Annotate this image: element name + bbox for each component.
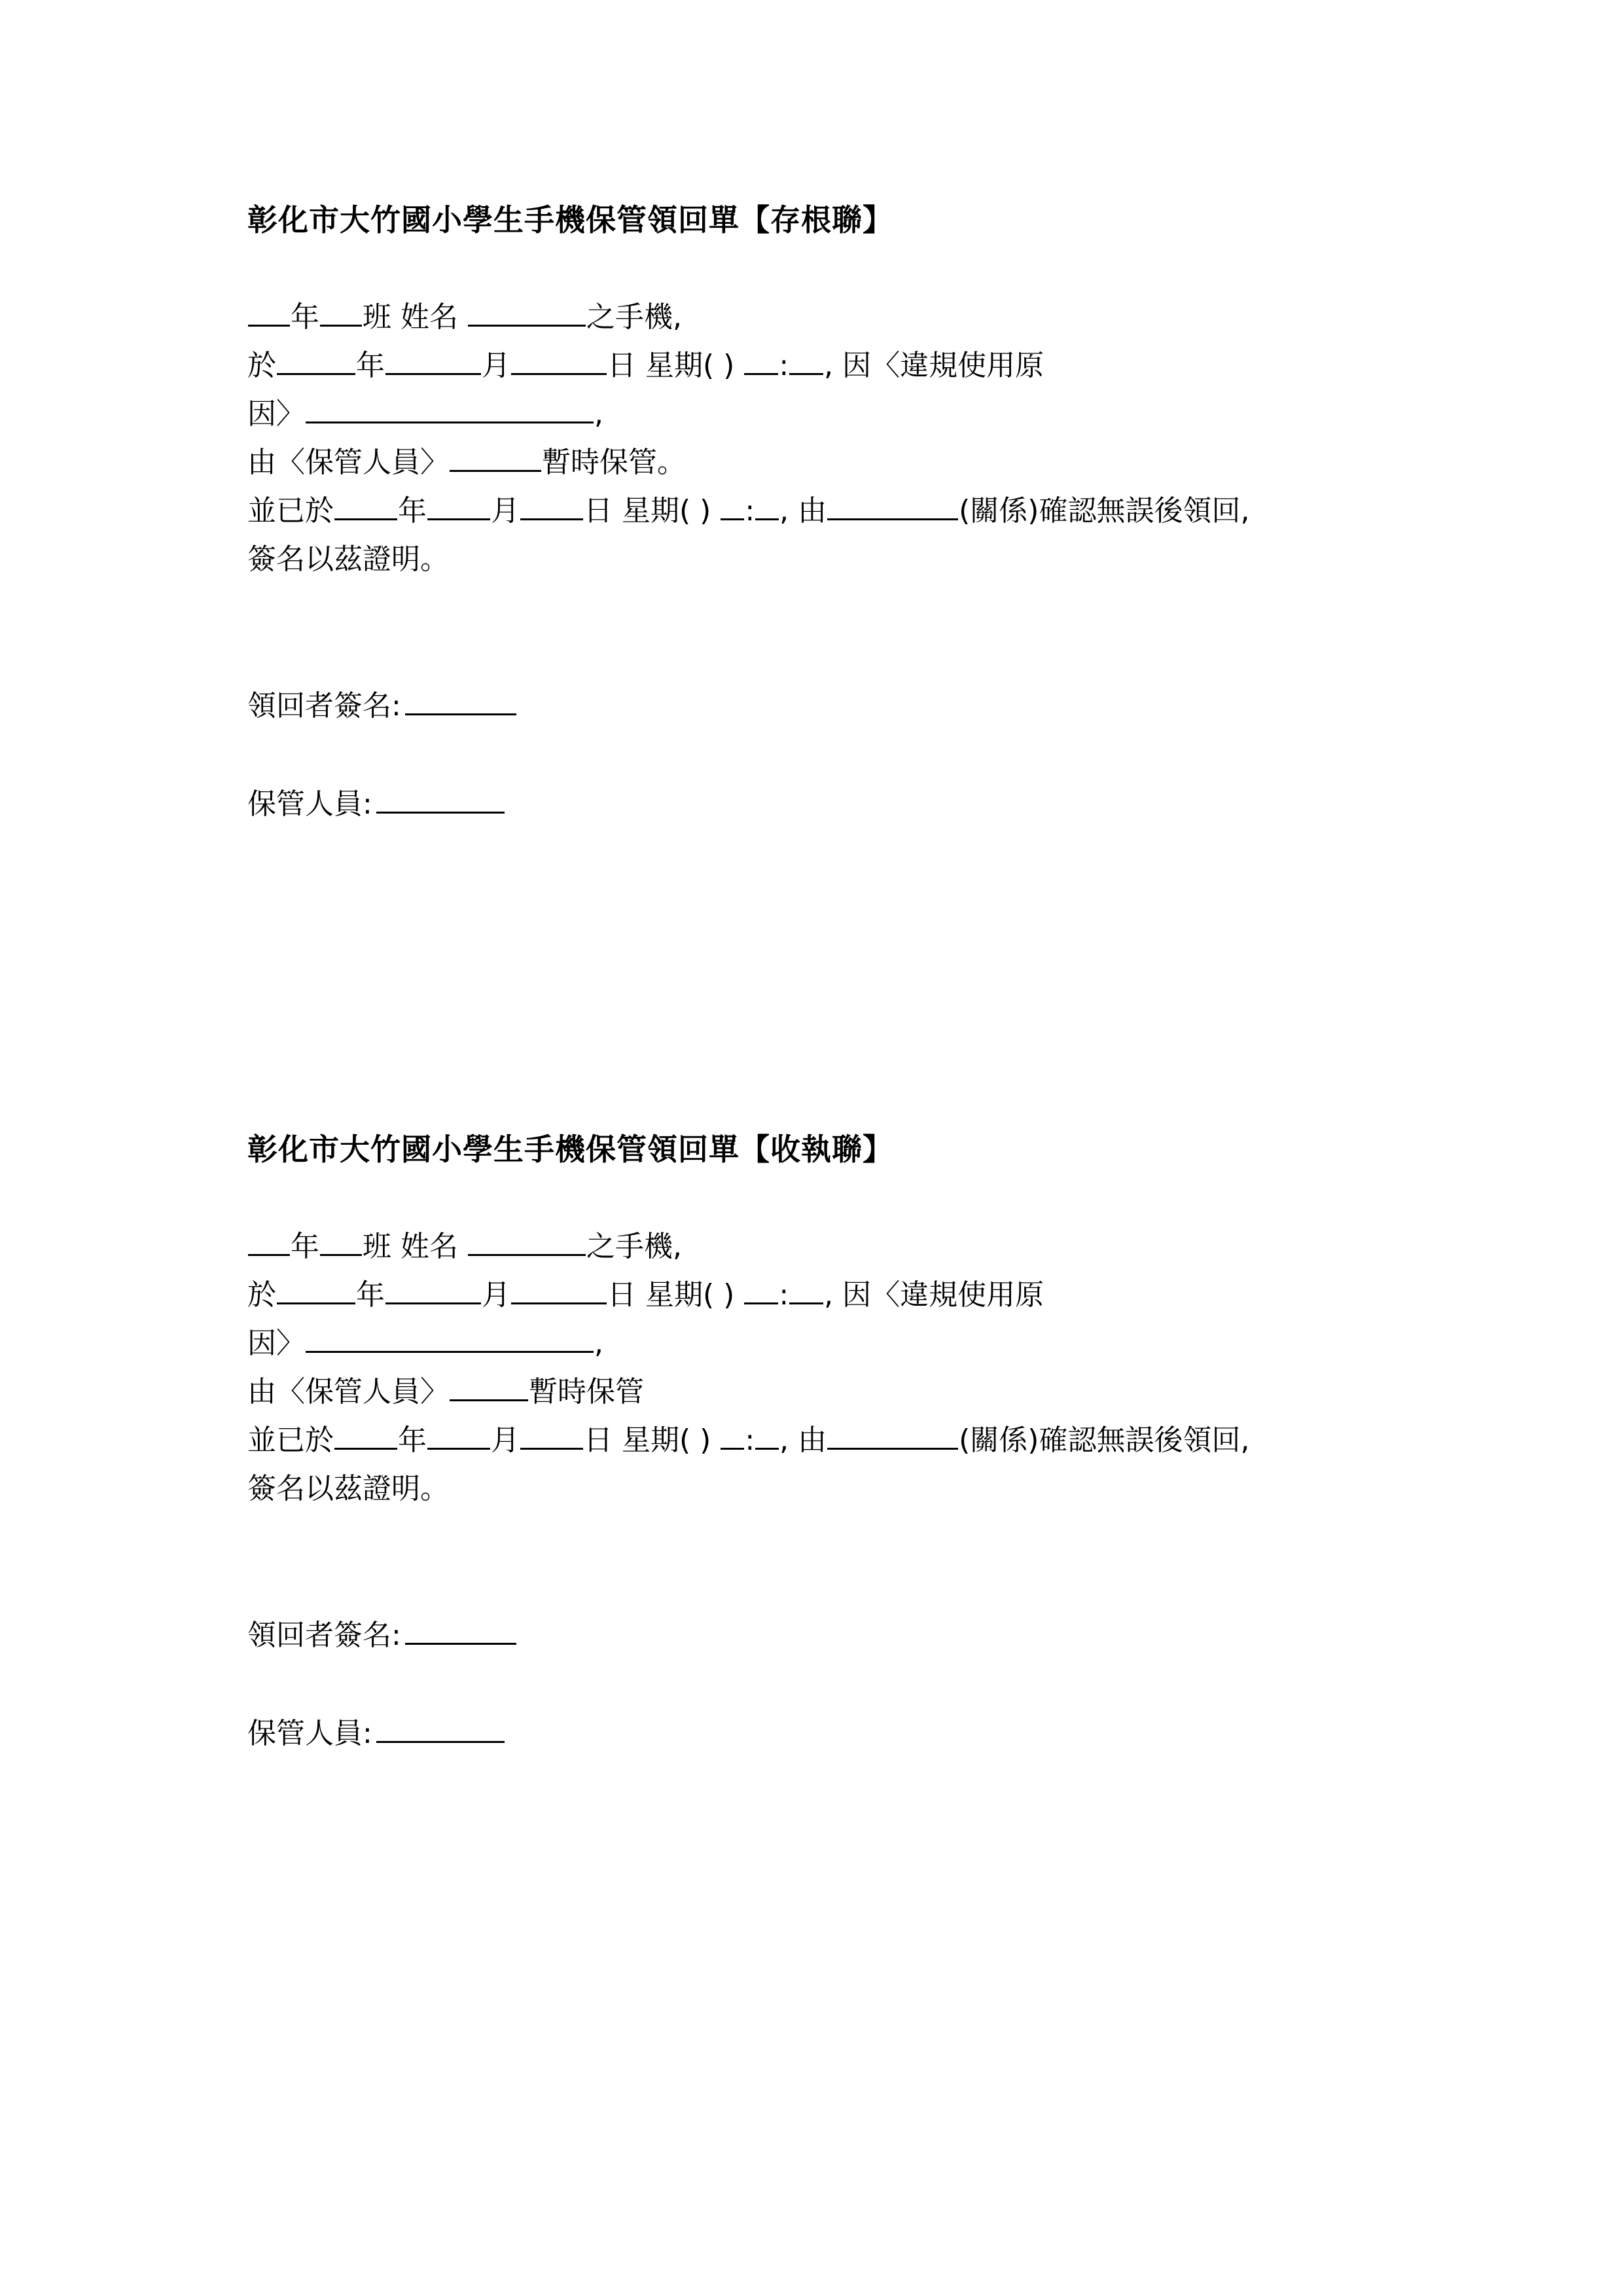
receiver-signature-field[interactable] <box>405 687 516 715</box>
year-label: 年 <box>356 349 385 382</box>
relation-confirm-label: (關係)確認無誤後領回, <box>959 1424 1249 1457</box>
return-day-field[interactable] <box>520 1422 583 1450</box>
signature-block: 領回者簽名: 保管人員: <box>247 1611 1491 1758</box>
receiver-signature-row: 領回者簽名: <box>247 1611 1491 1660</box>
sign-proof-line: 簽名以茲證明。 <box>247 1465 1491 1513</box>
relation-field[interactable] <box>827 492 958 520</box>
on-label: 於 <box>247 349 276 382</box>
reason-label-end: 因〉 <box>247 1327 305 1360</box>
keeper-signature-field[interactable] <box>376 1715 505 1743</box>
grade-label: 年 <box>291 300 319 334</box>
receiver-signature-field[interactable] <box>405 1617 516 1645</box>
confiscation-date-line: 於年月日 星期( ) :, 因〈違規使用原 <box>247 342 1491 390</box>
phone-label: 之手機, <box>586 1230 682 1263</box>
class-name-label: 班 姓名 <box>363 300 467 334</box>
receiver-signature-label: 領回者簽名: <box>247 1619 401 1652</box>
receiver-signature-row: 領回者簽名: <box>247 682 1491 730</box>
return-date-line: 並已於年月日 星期( ) :, 由(關係)確認無誤後領回, <box>247 1416 1491 1465</box>
comma: , <box>594 1327 603 1360</box>
return-minute-field[interactable] <box>755 492 779 520</box>
month-label: 月 <box>491 494 520 528</box>
weekday-label: 日 星期( ) <box>584 494 711 528</box>
by-label: , 由 <box>779 1424 827 1457</box>
year-label: 年 <box>398 1424 427 1457</box>
form-body: 年班 姓名 之手機, 於年月日 星期( ) :, 因〈違規使用原 因〉, 由〈保… <box>247 293 1491 584</box>
keeper-signature-label: 保管人員: <box>247 1717 372 1750</box>
colon: : <box>745 494 755 528</box>
colon: : <box>779 1278 789 1312</box>
reason-line: 因〉, <box>247 390 1491 439</box>
student-line: 年班 姓名 之手機, <box>247 1223 1491 1271</box>
return-day-field[interactable] <box>520 492 583 520</box>
confiscation-month-field[interactable] <box>385 347 481 375</box>
form-title: 彰化市大竹國小學生手機保管領回單【存根聯】 <box>247 200 1491 240</box>
grade-label: 年 <box>291 1230 319 1263</box>
weekday-label: 日 星期( ) <box>607 349 734 382</box>
month-label: 月 <box>482 349 510 382</box>
form-receipt: 彰化市大竹國小學生手機保管領回單【收執聯】 年班 姓名 之手機, 於年月日 星期… <box>247 1130 1491 1808</box>
name-field[interactable] <box>468 1228 586 1256</box>
reason-field[interactable] <box>306 1325 594 1353</box>
confiscation-month-field[interactable] <box>385 1276 481 1304</box>
return-hour-field[interactable] <box>721 492 744 520</box>
temporary-keep-label: 暫時保管。 <box>542 446 686 479</box>
confiscation-hour-field[interactable] <box>744 347 778 375</box>
temporary-keep-label: 暫時保管 <box>529 1375 644 1408</box>
keeper-line: 由〈保管人員〉暫時保管 <box>247 1368 1491 1416</box>
grade-field[interactable] <box>248 1228 290 1256</box>
confiscation-hour-field[interactable] <box>744 1276 778 1304</box>
student-line: 年班 姓名 之手機, <box>247 293 1491 342</box>
receiver-signature-label: 領回者簽名: <box>247 689 401 723</box>
class-name-label: 班 姓名 <box>363 1230 467 1263</box>
confiscation-year-field[interactable] <box>277 347 355 375</box>
signature-block: 領回者簽名: 保管人員: <box>247 682 1491 829</box>
returned-on-label: 並已於 <box>247 1424 334 1457</box>
confiscation-year-field[interactable] <box>277 1276 355 1304</box>
return-year-field[interactable] <box>334 1422 397 1450</box>
keeper-field[interactable] <box>450 444 541 472</box>
colon: : <box>745 1424 755 1457</box>
return-year-field[interactable] <box>334 492 397 520</box>
on-label: 於 <box>247 1278 276 1312</box>
return-month-field[interactable] <box>427 1422 490 1450</box>
return-minute-field[interactable] <box>755 1422 779 1450</box>
confiscation-minute-field[interactable] <box>789 347 823 375</box>
returned-on-label: 並已於 <box>247 494 334 528</box>
class-field[interactable] <box>320 1228 362 1256</box>
keeper-field[interactable] <box>450 1373 528 1401</box>
colon: : <box>779 349 789 382</box>
year-label: 年 <box>398 494 427 528</box>
reason-label: , 因〈違規使用原 <box>824 1278 1044 1312</box>
form-title: 彰化市大竹國小學生手機保管領回單【收執聯】 <box>247 1130 1491 1169</box>
relation-confirm-label: (關係)確認無誤後領回, <box>959 494 1249 528</box>
confiscation-day-field[interactable] <box>511 1276 607 1304</box>
return-month-field[interactable] <box>427 492 490 520</box>
confiscation-date-line: 於年月日 星期( ) :, 因〈違規使用原 <box>247 1271 1491 1319</box>
return-hour-field[interactable] <box>721 1422 744 1450</box>
weekday-label: 日 星期( ) <box>584 1424 711 1457</box>
keeper-signature-row: 保管人員: <box>247 780 1491 829</box>
month-label: 月 <box>482 1278 510 1312</box>
form-body: 年班 姓名 之手機, 於年月日 星期( ) :, 因〈違規使用原 因〉, 由〈保… <box>247 1223 1491 1513</box>
keeper-signature-field[interactable] <box>376 785 505 814</box>
year-label: 年 <box>356 1278 385 1312</box>
weekday-label: 日 星期( ) <box>607 1278 734 1312</box>
confiscation-day-field[interactable] <box>511 347 607 375</box>
keeper-label: 由〈保管人員〉 <box>247 1375 449 1408</box>
keeper-signature-label: 保管人員: <box>247 787 372 821</box>
phone-label: 之手機, <box>586 300 682 334</box>
by-label: , 由 <box>779 494 827 528</box>
comma: , <box>594 397 603 431</box>
sign-proof-line: 簽名以茲證明。 <box>247 535 1491 584</box>
keeper-label: 由〈保管人員〉 <box>247 446 449 479</box>
relation-field[interactable] <box>827 1422 958 1450</box>
keeper-signature-row: 保管人員: <box>247 1710 1491 1758</box>
reason-field[interactable] <box>306 395 594 423</box>
keeper-line: 由〈保管人員〉暫時保管。 <box>247 439 1491 487</box>
form-stub: 彰化市大竹國小學生手機保管領回單【存根聯】 年班 姓名 之手機, 於年月日 星期… <box>247 200 1491 878</box>
reason-label: , 因〈違規使用原 <box>824 349 1044 382</box>
grade-field[interactable] <box>248 298 290 327</box>
month-label: 月 <box>491 1424 520 1457</box>
class-field[interactable] <box>320 298 362 327</box>
reason-line: 因〉, <box>247 1319 1491 1368</box>
return-date-line: 並已於年月日 星期( ) :, 由(關係)確認無誤後領回, <box>247 487 1491 535</box>
name-field[interactable] <box>468 298 586 327</box>
reason-label-end: 因〉 <box>247 397 305 431</box>
confiscation-minute-field[interactable] <box>789 1276 823 1304</box>
